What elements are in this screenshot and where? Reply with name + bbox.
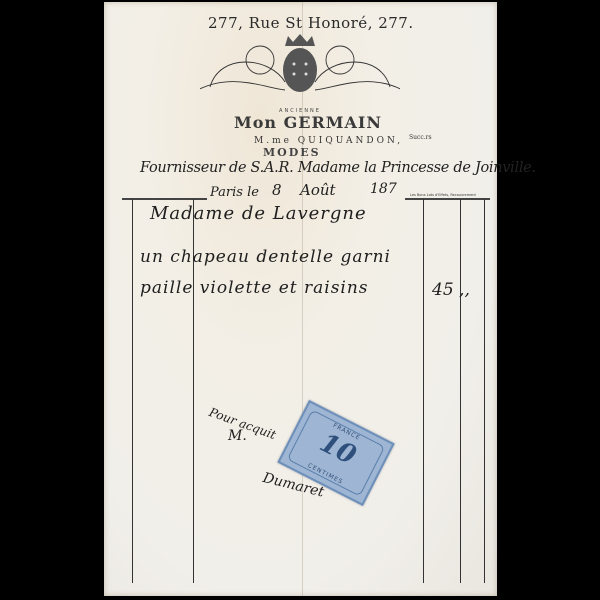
header-rule-left [122, 198, 207, 200]
line-item-amount: 45 ,, [432, 280, 470, 300]
customer-name: Madame de Lavergne [150, 203, 367, 224]
line-item-description: un chapeau dentelle garni [140, 247, 391, 267]
successor-suffix: Succ.rs [409, 134, 432, 141]
proprietor-surname: GERMAIN [284, 113, 382, 132]
column-line [132, 199, 133, 583]
proprietor-prefix: Mon [234, 113, 277, 132]
proprietor-name: Mon GERMAIN [234, 113, 382, 132]
successor-name: M.me QUIQUANDON, [254, 136, 403, 146]
crowned-coat-of-arms-icon [200, 32, 400, 112]
successor-line: M.me QUIQUANDON, Succ.rs [254, 134, 432, 146]
royal-purveyor-line: Fournisseur de S.A.R. Madame la Princess… [140, 160, 536, 176]
trade-label: MODES [263, 146, 321, 159]
line-item-description: paille violette et raisins [140, 278, 369, 298]
date-year: 187 [370, 181, 397, 197]
column-line [423, 199, 424, 583]
acknowledgement-initial: M. [228, 428, 247, 444]
column-line [484, 199, 485, 583]
date-day: 8 [272, 181, 282, 199]
date-place: Paris le [210, 185, 259, 200]
column-line [460, 199, 461, 583]
date-month: Août [300, 181, 336, 199]
letterhead-address: 277, Rue St Honoré, 277. [208, 14, 414, 32]
header-rule-right [405, 198, 490, 200]
printed-fine-note: Les Bons Lots d'Effets, Recouvrement [410, 193, 476, 197]
